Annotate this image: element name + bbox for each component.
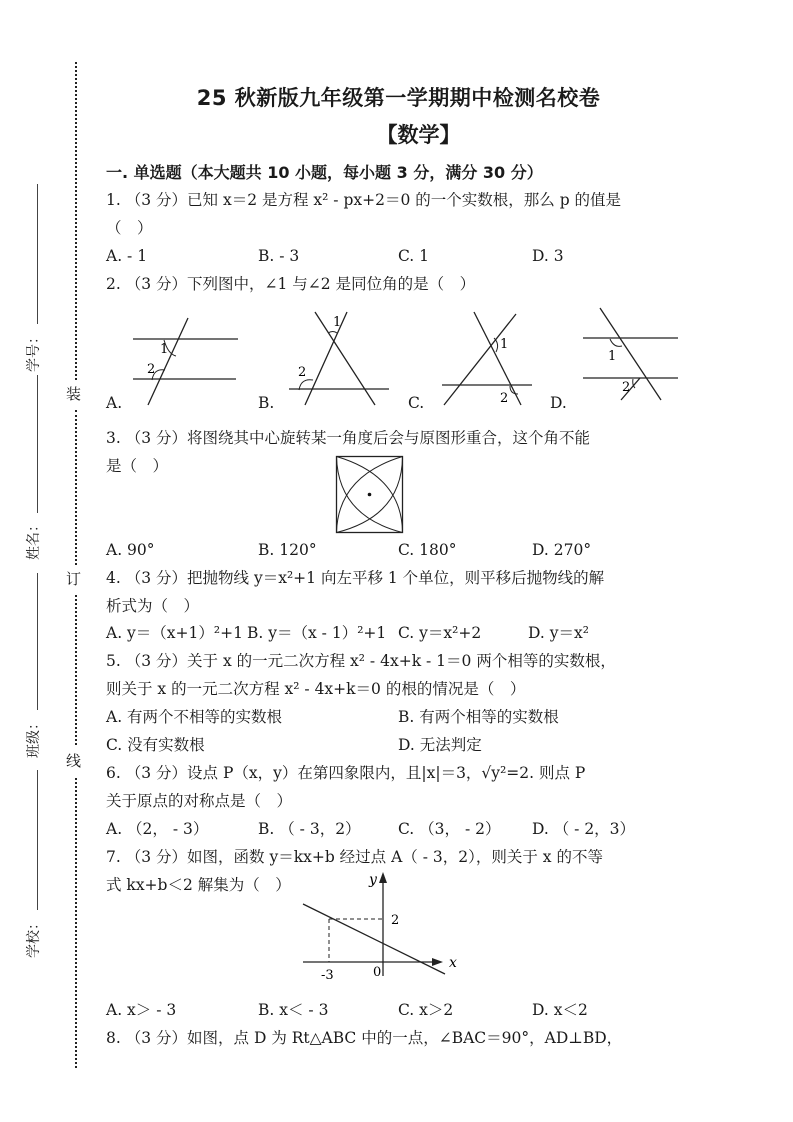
question-8: 8. （3 分）如图，点 D 为 Rt△ABC 中的一点，∠BAC＝90°，AD… — [106, 1028, 622, 1048]
q3-rotation-figure — [336, 456, 404, 534]
q2-option-c[interactable]: C. — [408, 393, 424, 413]
question-number: 4. — [106, 569, 121, 587]
name-label: 姓名： — [23, 520, 43, 560]
q1-option-c[interactable]: C. 1 — [398, 246, 429, 266]
q3-option-b[interactable]: B. 120° — [258, 540, 317, 560]
question-3-line2: 是（ ） — [106, 456, 168, 476]
q2-figure-b: 1 2 — [285, 302, 395, 412]
binding-dotted-line — [75, 595, 77, 745]
q2-option-b[interactable]: B. — [258, 393, 274, 413]
origin-label: 0 — [373, 965, 381, 980]
q7-option-b[interactable]: B. x＜ - 3 — [258, 1000, 328, 1020]
angle-2-label: 2 — [622, 380, 630, 395]
question-number: 3. — [106, 429, 121, 447]
question-1: 1. （3 分）已知 x＝2 是方程 x² - px+2＝0 的一个实数根，那么… — [106, 190, 621, 210]
student-id-label: 学号： — [23, 332, 43, 372]
question-score: （3 分） — [126, 764, 187, 782]
q2-figure-a: 1 2 — [130, 302, 260, 412]
angle-1-label: 1 — [333, 315, 341, 330]
q6-option-a[interactable]: A. （2， - 3） — [106, 819, 208, 839]
angle-1-label: 1 — [608, 349, 616, 364]
question-5: 5. （3 分）关于 x 的一元二次方程 x² - 4x+k - 1＝0 两个相… — [106, 651, 616, 671]
question-score: （3 分） — [126, 652, 187, 670]
y-axis-label: y — [368, 872, 378, 888]
q7-option-d[interactable]: D. x＜2 — [532, 1000, 588, 1020]
angle-2-label: 2 — [500, 391, 508, 406]
question-score: （3 分） — [126, 848, 187, 866]
q2-option-a[interactable]: A. — [106, 393, 122, 413]
q2-figure-c: 1 2 — [436, 302, 546, 412]
q7-option-a[interactable]: A. x＞ - 3 — [106, 1000, 176, 1020]
q1-option-a[interactable]: A. - 1 — [106, 246, 147, 266]
y-tick-2: 2 — [391, 913, 399, 928]
q4-option-c[interactable]: C. y＝x²+2 — [398, 623, 481, 643]
section-heading: 一. 单选题（本大题共 10 小题，每小题 3 分，满分 30 分） — [106, 160, 543, 183]
x-axis-label: x — [449, 955, 457, 971]
question-stem: 设点 P（x，y）在第四象限内，且|x|＝3，√y²=2. 则点 P — [187, 764, 585, 782]
q3-option-d[interactable]: D. 270° — [532, 540, 591, 560]
question-7: 7. （3 分）如图，函数 y＝kx+b 经过点 A（ - 3，2），则关于 x… — [106, 847, 603, 867]
binding-mark-ding: 订 — [66, 568, 81, 589]
q4-option-a[interactable]: A. y＝（x+1）²+1 — [106, 623, 243, 643]
q6-option-b[interactable]: B. （ - 3，2） — [258, 819, 361, 839]
question-stem: 已知 x＝2 是方程 x² - px+2＝0 的一个实数根，那么 p 的值是 — [187, 191, 621, 209]
question-3: 3. （3 分）将图绕其中心旋转某一角度后会与原图形重合，这个角不能 — [106, 428, 590, 448]
question-score: （3 分） — [126, 1029, 187, 1047]
q2-figure-d: 1 2 — [578, 302, 688, 412]
binding-dotted-line — [75, 410, 77, 565]
question-stem: 把抛物线 y＝x²+1 向左平移 1 个单位，则平移后抛物线的解 — [187, 569, 604, 587]
angle-1-label: 1 — [160, 342, 168, 357]
question-2: 2. （3 分）下列图中，∠1 与∠2 是同位角的是（ ） — [106, 274, 475, 294]
exam-subject: 【数学】 — [0, 119, 793, 149]
question-number: 5. — [106, 652, 121, 670]
class-label: 班级： — [23, 718, 43, 758]
question-score: （3 分） — [126, 429, 187, 447]
q5-option-b[interactable]: B. 有两个相等的实数根 — [398, 707, 559, 727]
question-6-line2: 关于原点的对称点是（ ） — [106, 791, 292, 811]
class-line — [37, 573, 38, 710]
angle-2-label: 2 — [147, 362, 155, 377]
question-score: （3 分） — [126, 569, 187, 587]
student-id-line — [37, 184, 38, 324]
q7-linear-function-graph: y x 2 -3 0 — [295, 866, 465, 981]
question-6: 6. （3 分）设点 P（x，y）在第四象限内，且|x|＝3，√y²=2. 则点… — [106, 763, 585, 783]
q5-option-c[interactable]: C. 没有实数根 — [106, 735, 205, 755]
question-number: 6. — [106, 764, 121, 782]
x-tick-minus-3: -3 — [321, 968, 334, 983]
question-stem: 关于 x 的一元二次方程 x² - 4x+k - 1＝0 两个相等的实数根， — [187, 652, 616, 670]
q5-option-a[interactable]: A. 有两个不相等的实数根 — [106, 707, 282, 727]
q4-option-b[interactable]: B. y＝（x - 1）²+1 — [247, 623, 386, 643]
school-line — [37, 770, 38, 910]
question-stem: 将图绕其中心旋转某一角度后会与原图形重合，这个角不能 — [187, 429, 590, 447]
name-line — [37, 375, 38, 513]
question-stem: 如图，函数 y＝kx+b 经过点 A（ - 3，2），则关于 x 的不等 — [187, 848, 603, 866]
binding-mark-xian: 线 — [66, 750, 81, 771]
question-1-bracket: （ ） — [106, 218, 153, 238]
q2-option-d[interactable]: D. — [550, 393, 567, 413]
question-4-line2: 析式为（ ） — [106, 596, 199, 616]
question-5-line2: 则关于 x 的一元二次方程 x² - 4x+k＝0 的根的情况是（ ） — [106, 679, 525, 699]
q7-option-c[interactable]: C. x＞2 — [398, 1000, 453, 1020]
binding-dotted-line — [75, 778, 77, 1068]
exam-title: 25 秋新版九年级第一学期期中检测名校卷 — [0, 82, 793, 112]
question-stem: 下列图中，∠1 与∠2 是同位角的是（ ） — [187, 275, 475, 293]
q4-option-d[interactable]: D. y＝x² — [528, 623, 589, 643]
question-stem: 如图，点 D 为 Rt△ABC 中的一点，∠BAC＝90°，AD⊥BD， — [187, 1029, 622, 1047]
question-7-line2: 式 kx+b＜2 解集为（ ） — [106, 875, 291, 895]
question-number: 7. — [106, 848, 121, 866]
angle-2-label: 2 — [298, 365, 306, 380]
q3-option-c[interactable]: C. 180° — [398, 540, 457, 560]
q3-option-a[interactable]: A. 90° — [106, 540, 155, 560]
q5-option-d[interactable]: D. 无法判定 — [398, 735, 482, 755]
question-number: 1. — [106, 191, 121, 209]
question-number: 2. — [106, 275, 121, 293]
q6-option-c[interactable]: C. （3， - 2） — [398, 819, 500, 839]
question-4: 4. （3 分）把抛物线 y＝x²+1 向左平移 1 个单位，则平移后抛物线的解 — [106, 568, 604, 588]
q6-option-d[interactable]: D. （ - 2，3） — [532, 819, 635, 839]
angle-1-label: 1 — [500, 337, 508, 352]
q1-option-d[interactable]: D. 3 — [532, 246, 564, 266]
question-number: 8. — [106, 1029, 121, 1047]
question-score: （3 分） — [126, 191, 187, 209]
school-label: 学校： — [23, 918, 43, 958]
question-score: （3 分） — [126, 275, 187, 293]
binding-mark-zhuang: 装 — [66, 383, 81, 404]
q1-option-b[interactable]: B. - 3 — [258, 246, 299, 266]
